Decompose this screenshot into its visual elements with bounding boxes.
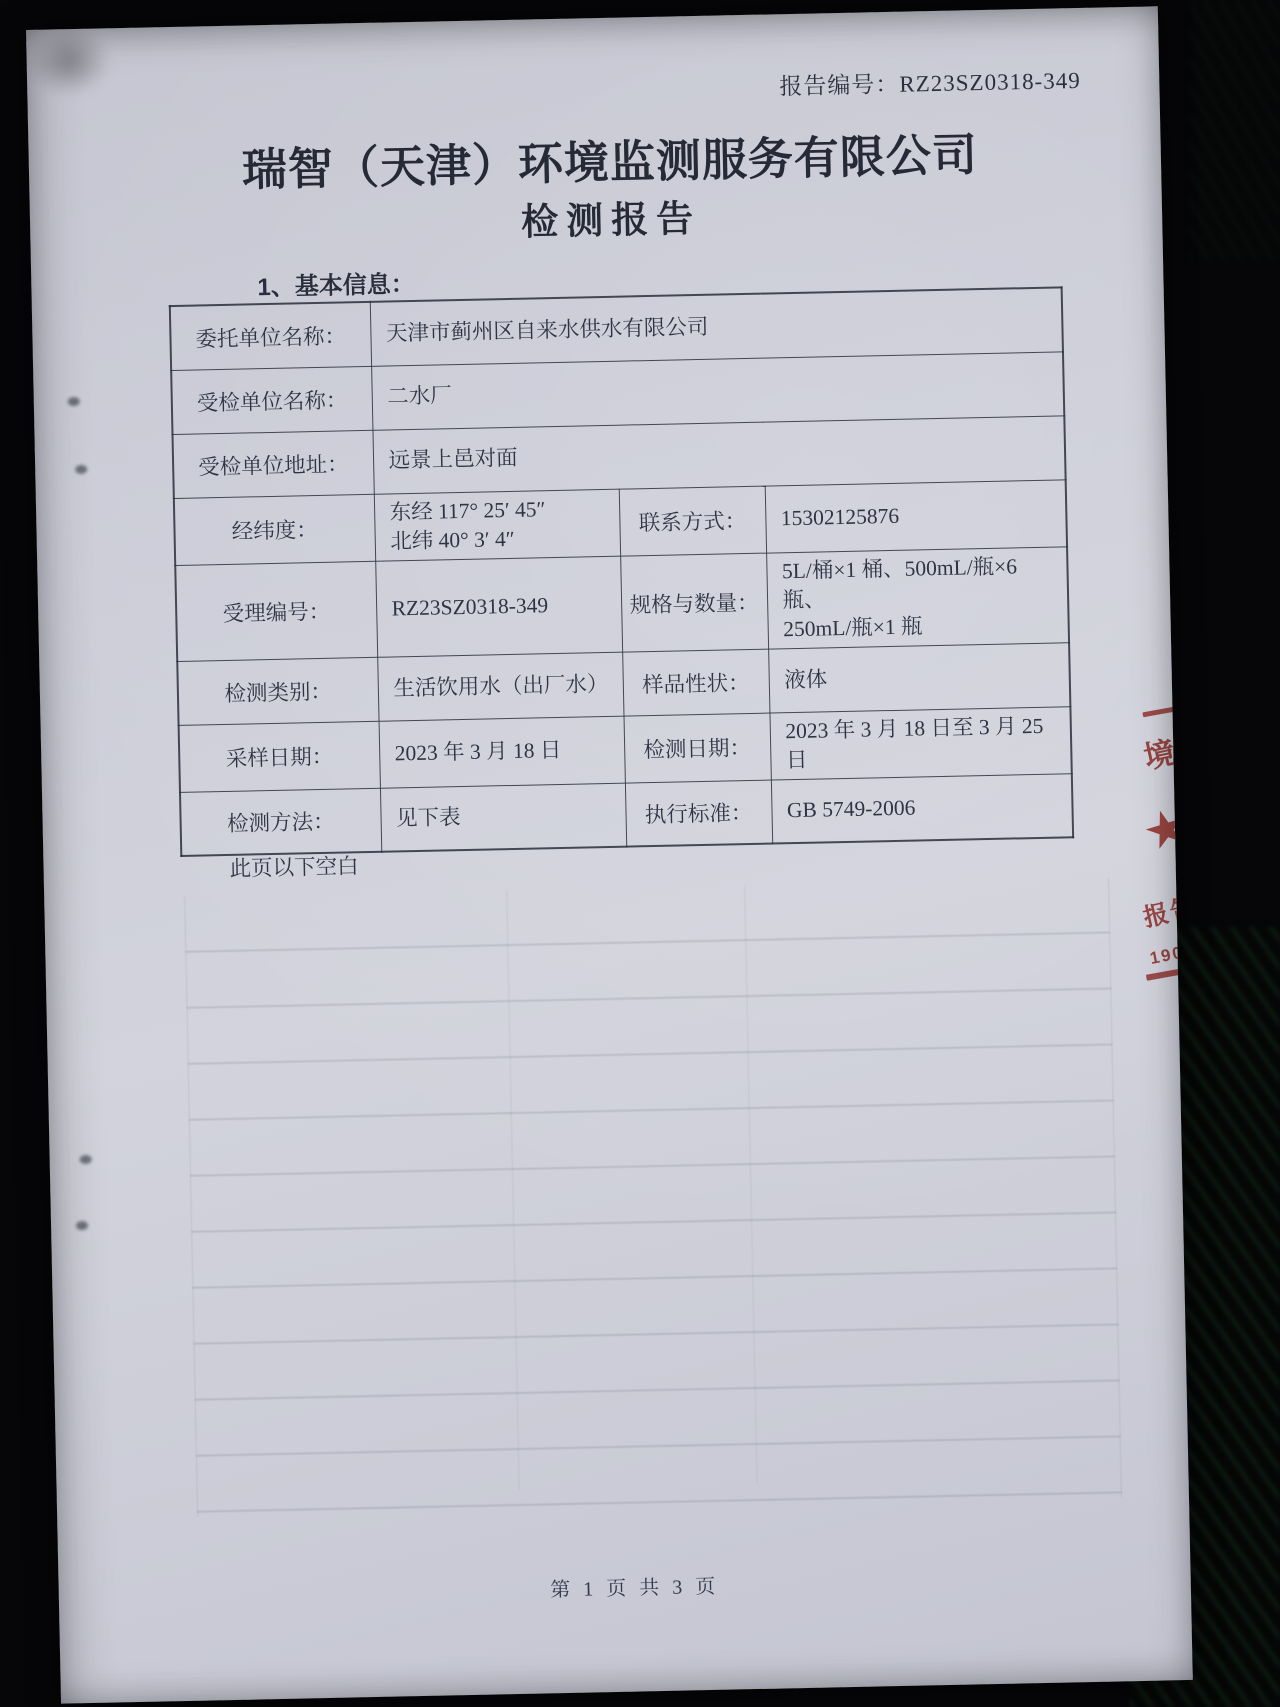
report-number-label: 报告编号： bbox=[779, 72, 899, 100]
basic-info-table: 委托单位名称： 天津市蓟州区自来水供水有限公司 受检单位名称： 二水厂 受检单位… bbox=[169, 286, 1074, 857]
info-label: 规格与数量： bbox=[620, 553, 768, 652]
info-label: 受检单位地址： bbox=[172, 430, 373, 498]
info-label: 采样日期： bbox=[179, 721, 380, 792]
table-row: 受理编号： RZ23SZ0318-349 规格与数量： 5L/桶×1 桶、500… bbox=[175, 546, 1069, 661]
seal-text-fragment: 境 bbox=[1139, 722, 1193, 777]
fabric-texture-top-right bbox=[1190, 0, 1280, 260]
paper-edge-tear bbox=[75, 465, 87, 474]
info-label: 联系方式： bbox=[619, 486, 766, 556]
info-value: 见下表 bbox=[380, 783, 626, 852]
info-value: 东经 117° 25′ 45″ 北纬 40° 3′ 4″ bbox=[374, 489, 620, 561]
paper-edge-tear bbox=[80, 1155, 92, 1164]
blank-page-note: 此页以下空白 bbox=[229, 849, 359, 883]
corner-shadow bbox=[26, 10, 130, 112]
info-label: 检测方法： bbox=[180, 788, 381, 856]
info-value: 液体 bbox=[768, 642, 1070, 712]
section-title: 1、基本信息： bbox=[257, 264, 415, 302]
page-number: 第 1 页 共 3 页 bbox=[59, 1560, 1191, 1613]
info-label: 受检单位名称： bbox=[171, 366, 372, 434]
info-value: 2023 年 3 月 18 日 bbox=[379, 716, 625, 788]
info-label: 经纬度： bbox=[174, 494, 375, 565]
info-value: 2023 年 3 月 18 日至 3 月 25 日 bbox=[769, 706, 1071, 779]
info-value: 生活饮用水（出厂水） bbox=[377, 652, 623, 721]
info-value: RZ23SZ0318-349 bbox=[375, 556, 622, 657]
photo-background: 报告编号：RZ23SZ0318-349 瑞智（天津）环境监测服务有限公司 检测报… bbox=[0, 0, 1280, 1707]
info-label: 检测日期： bbox=[623, 713, 770, 783]
paper-edge-tear bbox=[68, 397, 80, 406]
info-label: 执行标准： bbox=[625, 780, 772, 847]
info-label: 检测类别： bbox=[177, 657, 378, 725]
report-number: 报告编号：RZ23SZ0318-349 bbox=[779, 62, 1081, 101]
info-value: GB 5749-2006 bbox=[771, 773, 1073, 843]
seal-border-fragment bbox=[1142, 704, 1188, 717]
info-label: 受理编号： bbox=[175, 561, 377, 661]
report-number-value: RZ23SZ0318-349 bbox=[899, 68, 1081, 97]
paper-sheet: 报告编号：RZ23SZ0318-349 瑞智（天津）环境监测服务有限公司 检测报… bbox=[26, 6, 1193, 1703]
info-value: 5L/桶×1 桶、500mL/瓶×6 瓶、 250mL/瓶×1 瓶 bbox=[766, 546, 1069, 648]
bleedthrough-ghost-table bbox=[184, 878, 1122, 1517]
paper-edge-tear bbox=[76, 1221, 88, 1230]
info-value: 15302125876 bbox=[765, 479, 1067, 552]
info-label: 样品性状： bbox=[622, 649, 769, 716]
seal-star-icon: ★ bbox=[1137, 795, 1193, 859]
info-label: 委托单位名称： bbox=[170, 302, 371, 370]
